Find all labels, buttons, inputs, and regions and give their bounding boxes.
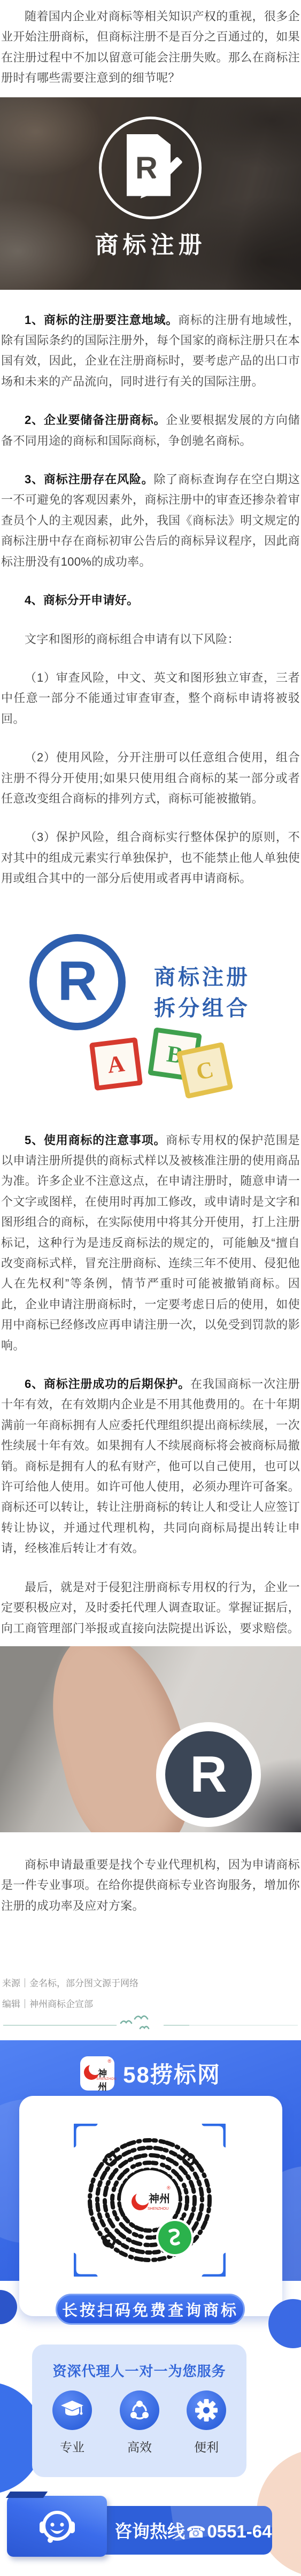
site-name: 58捞标网 [123, 2057, 221, 2089]
paragraph-text: 除了商标查询存在空白期这一不可避免的客观因素外，商标注册中的审查还掺杂着审查员个… [1, 473, 300, 568]
letter-block-c: C [176, 1042, 234, 1099]
hotline-label: 咨询热线 [114, 2521, 185, 2541]
hero-title: 商标注册 [0, 226, 301, 260]
badge-letter: R [165, 1731, 252, 1818]
letter-block-a: A [89, 1037, 143, 1090]
editor-line: 编辑｜神州商标企宣部 [2, 1994, 138, 2015]
paragraph: 5、使用商标的注意事项。商标专用权的保护范围是以申请注册所提供的商标式样以及被核… [1, 1130, 300, 1356]
caption-line1: 商标注册 [154, 962, 250, 993]
paragraph-heading: 1、商标的注册要注意地域。 [25, 313, 178, 327]
paragraph-text: 最后，就是对于侵犯注册商标专用权的行为，企业一定要积极应对，及时委托代理人调查取… [1, 1580, 300, 1635]
paragraph-text: （1）审查风险，中文、英文和图形独立审查，三者中任意一部分不能通过审查审查，整个… [1, 671, 300, 726]
shenzhou-logo-icon: 神州 SHENZHOU ® [80, 2056, 114, 2091]
customer-service-block [7, 2496, 107, 2557]
hotline-banner: 咨询热线☎0551-64254254 [105, 2506, 272, 2555]
document-pencil-icon: R [99, 117, 202, 219]
paragraph-text: 商标专用权的保护范围是以申请注册所提供的商标式样以及被核准注册的使用商品为准。许… [1, 1133, 300, 1352]
paragraph-heading: 2、企业要储备注册商标。 [25, 413, 166, 427]
feature-convenient: 便利 [180, 2390, 233, 2455]
svg-text:SHENZHOU: SHENZHOU [148, 2207, 168, 2211]
feature-efficient: 高效 [113, 2390, 166, 2455]
paragraph: 随着国内企业对商标等相关知识产权的重视，很多企业开始注册商标，但商标注册不是百分… [1, 6, 300, 89]
service-title: 资深代理人一对一为您服务 [32, 2361, 246, 2380]
paragraph-heading: 6、商标注册成功的后期保护。 [25, 1377, 190, 1391]
paragraph: 2、企业要储备注册商标。企业要根据发展的方向储备不同用途的商标和国际商标，争创驰… [1, 410, 300, 451]
gear-icon [187, 2390, 226, 2430]
hero-image-trademark-registration: R 商标注册 [0, 97, 301, 290]
graduation-cap-icon [52, 2390, 92, 2430]
promo-poster: 神州 SHENZHOU ® 58捞标网 [0, 2040, 301, 2576]
article-meta: 来源｜金名标，部分图文源于网络 编辑｜神州商标企宣部 [2, 1973, 138, 2015]
bird-divider-icon [0, 2015, 301, 2036]
paragraph: （3）保护风险，组合商标实行整体保护的原则，不对其中的组成元素实行单独保护，也不… [1, 827, 300, 889]
paragraph: （1）审查风险，中文、英文和图形独立审查，三者中任意一部分不能通过审查审查，整个… [1, 668, 300, 729]
paragraph: 最后，就是对于侵犯注册商标专用权的行为，企业一定要积极应对，及时委托代理人调查取… [1, 1577, 300, 1639]
paragraph-heading: 3、商标注册存在风险。 [25, 473, 153, 486]
service-card: 资深代理人一对一为您服务 专业 [32, 2344, 246, 2477]
article-page: 随着国内企业对商标等相关知识产权的重视，很多企业开始注册商标，但商标注册不是百分… [0, 0, 301, 2576]
registered-letter: R [57, 950, 97, 1012]
photo-businessman-r-badge: R [0, 1646, 301, 1832]
logo-en-text: SHENZHOU [96, 2078, 117, 2081]
qr-code[interactable]: 神州 SHENZHOU ® [86, 2136, 214, 2264]
caption-line2: 拆分组合 [154, 993, 250, 1024]
qr-card: 神州 SHENZHOU ® [19, 2096, 282, 2316]
share-icon [120, 2390, 159, 2430]
wechat-miniprogram-icon [157, 2220, 192, 2255]
paragraph: 文字和图形的商标组合申请有以下风险： [1, 629, 300, 650]
article-body: 随着国内企业对商标等相关知识产权的重视，很多企业开始注册商标，但商标注册不是百分… [0, 0, 301, 1916]
block-letter: A [106, 1049, 126, 1078]
paragraph-text: （2）使用风险，分开注册可以任意组合使用，组合注册不得分开使用;如果只使用组合商… [1, 751, 300, 805]
paragraph-heading: 4、商标分开申请好。 [25, 593, 138, 607]
svg-text:神州: 神州 [149, 2192, 170, 2205]
feature-label: 高效 [113, 2438, 166, 2455]
illustration-caption: 商标注册 拆分组合 [154, 962, 250, 1024]
registered-trademark-icon: R [29, 934, 126, 1030]
hotline-text: 咨询热线☎0551-64254254 [114, 2518, 272, 2543]
paragraph: 3、商标注册存在风险。除了商标查询存在空白期这一不可避免的客观因素外，商标注册中… [1, 469, 300, 572]
paragraph-text: 在我国商标一次注册十年有效，在有效期内企业是不用其他费用的。在十年期满前一年商标… [1, 1377, 300, 1555]
paragraph: （2）使用风险，分开注册可以任意组合使用，组合注册不得分开使用;如果只使用组合商… [1, 747, 300, 809]
paragraph: 商标申请最重要是找个专业代理机构，因为申请商标是一件专业事项。在给你提供商标专业… [1, 1855, 300, 1916]
paragraph: 6、商标注册成功的后期保护。在我国商标一次注册十年有效，在有效期内企业是不用其他… [1, 1374, 300, 1559]
registered-mark: ® [108, 2058, 112, 2064]
decor-circle [0, 2290, 17, 2324]
registered-badge-icon: R [156, 1722, 261, 1827]
illustration-split-combination: R 商标注册 拆分组合 A B C [0, 903, 301, 1106]
feature-label: 专业 [45, 2438, 99, 2455]
site-logo-row: 神州 SHENZHOU ® 58捞标网 [0, 2055, 301, 2092]
headset-smiley-icon [34, 2503, 80, 2549]
feature-label: 便利 [180, 2438, 233, 2455]
paragraph-text: 随着国内企业对商标等相关知识产权的重视，很多企业开始注册商标，但商标注册不是百分… [1, 10, 300, 84]
source-line: 来源｜金名标，部分图文源于网络 [2, 1973, 138, 1994]
phone-icon: ☎ [186, 2524, 206, 2541]
hotline-number[interactable]: 0551-64254254 [207, 2521, 272, 2541]
paragraph-text: 商标申请最重要是找个专业代理机构，因为申请商标是一件专业事项。在给你提供商标专业… [1, 1858, 300, 1912]
svg-text:®: ® [167, 2185, 171, 2191]
block-letter: C [194, 1055, 216, 1085]
paragraph-heading: 5、使用商标的注意事项。 [25, 1133, 166, 1147]
feature-professional: 专业 [45, 2390, 99, 2455]
paragraph: 4、商标分开申请好。 [1, 590, 300, 611]
paragraph-text: 文字和图形的商标组合申请有以下风险： [25, 633, 240, 646]
paragraph-text: （3）保护风险，组合商标实行整体保护的原则，不对其中的组成元素实行单独保护，也不… [1, 830, 300, 885]
scan-query-button[interactable]: 长按扫码免费查询商标 [56, 2294, 245, 2325]
paragraph: 1、商标的注册要注意地域。商标的注册有地域性，除有国际条约的国际注册外，每个国家… [1, 310, 300, 392]
